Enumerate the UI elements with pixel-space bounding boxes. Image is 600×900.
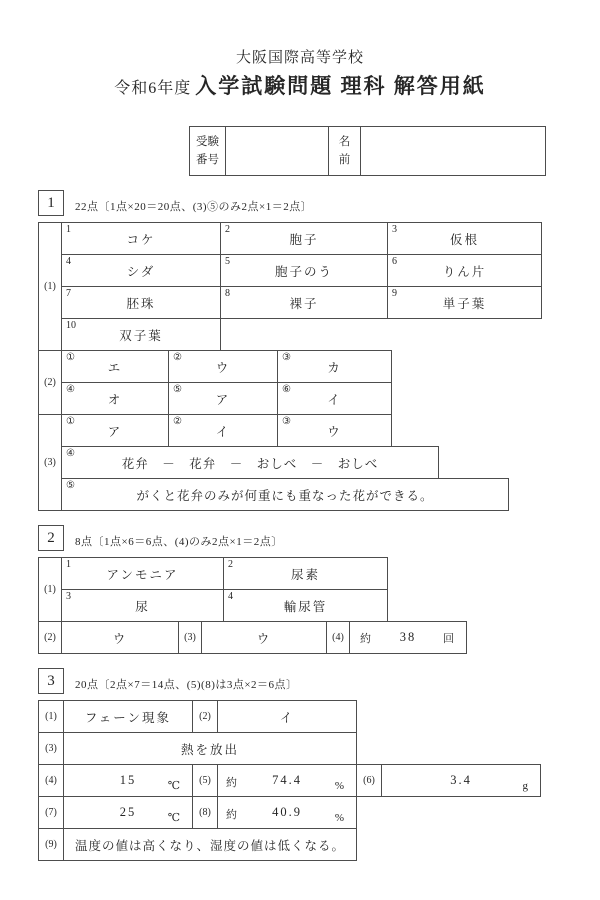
answer-number: ① (66, 416, 75, 428)
answer-cell: ③ウ (277, 414, 392, 447)
answer-text: 熱を放出 (181, 740, 239, 758)
answer-cell: ウ (201, 621, 327, 654)
section-1-header: 1 22点〔1点×20＝20点、(3)⑤のみ2点×1＝2点〕 (38, 190, 600, 216)
answer-prefix: 約 (360, 630, 371, 646)
answer-cell: ①ア (61, 414, 169, 447)
answer-cell: 7胚珠 (61, 286, 221, 319)
section-3-table: (1) フェーン現象 (2) イ (3) 熱を放出 (4) 15℃ (5) 約7… (39, 700, 600, 861)
answer-text: 15 (120, 773, 137, 788)
answer-text: 胚珠 (126, 294, 155, 312)
answer-cell: 温度の値は高くなり、湿度の値は低くなる。 (63, 828, 357, 861)
question-label: (9) (38, 828, 64, 861)
answer-cell: 約40.9% (217, 796, 357, 829)
question-label: (1) (38, 222, 62, 351)
answer-number: 7 (66, 288, 71, 300)
section-2-score-note: 8点〔1点×6＝6点、(4)のみ2点×1＝2点〕 (75, 533, 283, 549)
answer-text: 25 (120, 805, 137, 820)
answer-text: カ (327, 358, 342, 376)
answer-cell: 3尿 (61, 589, 224, 622)
answer-text: ウ (216, 358, 231, 376)
answer-number: 3 (392, 224, 397, 236)
question-group-1-2: (2) ①エ ②ウ ③カ ④オ ⑤ア ⑥イ (39, 350, 600, 415)
answer-number: ① (66, 352, 75, 364)
answer-number: 10 (66, 320, 76, 332)
answer-text: 単子葉 (443, 294, 487, 312)
question-label: (2) (38, 350, 62, 415)
answer-unit: 回 (443, 630, 454, 646)
answer-cell: 6りん片 (387, 254, 542, 287)
answer-text: イ (280, 708, 295, 726)
answer-text: オ (108, 390, 123, 408)
section-3-header: 3 20点〔2点×7＝14点、(5)(8)は3点×2＝6点〕 (38, 668, 600, 694)
answer-cell: 25℃ (63, 796, 193, 829)
answer-text: イ (216, 422, 231, 440)
answer-text: フェーン現象 (85, 708, 171, 726)
answer-text: 3.4 (450, 773, 472, 788)
exam-number-label-line2: 番号 (196, 154, 219, 167)
question-label: (6) (356, 764, 382, 797)
answer-number: 5 (225, 256, 230, 268)
answer-prefix: 約 (226, 774, 237, 790)
answer-text: 裸子 (289, 294, 318, 312)
answer-prefix: 約 (226, 806, 237, 822)
answer-text: 74.4 (272, 773, 302, 788)
answer-cell: ③カ (277, 350, 392, 383)
answer-unit: % (335, 812, 344, 824)
question-label: (7) (38, 796, 64, 829)
answer-cell: 9単子葉 (387, 286, 542, 319)
question-label: (1) (38, 557, 62, 622)
name-label-line1: 名 (339, 136, 351, 149)
answer-cell: ⑥イ (277, 382, 392, 415)
question-label: (1) (38, 700, 64, 733)
question-label: (2) (192, 700, 218, 733)
answer-text: エ (108, 358, 123, 376)
answer-unit: g (523, 780, 529, 792)
answer-text: がくと花弁のみが何重にも重なった花ができる。 (136, 486, 433, 504)
answer-unit: ℃ (168, 811, 180, 824)
section-1-score-note: 22点〔1点×20＝20点、(3)⑤のみ2点×1＝2点〕 (75, 198, 312, 214)
answer-number: ⑤ (66, 480, 75, 492)
answer-number: 8 (225, 288, 230, 300)
answer-cell: 3仮根 (387, 222, 542, 255)
exam-number-label-line1: 受験 (196, 136, 219, 149)
answer-sheet: 大阪国際高等学校 令和6年度 入学試験問題 理科 解答用紙 受験 番号 名 前 … (0, 0, 600, 900)
answer-number: ② (173, 352, 182, 364)
answer-text: 温度の値は高くなり、湿度の値は低くなる。 (75, 836, 345, 854)
answer-text: 花弁 － 花弁 － おしべ － おしべ (122, 454, 379, 472)
section-2-table: (1) 1アンモニア 2尿素 3尿 4輸尿管 (2) ウ (3) ウ (4) 約… (39, 557, 600, 654)
answer-cell: 2胞子 (220, 222, 388, 255)
question-label: (3) (178, 621, 202, 654)
answer-text: 38 (400, 630, 417, 645)
answer-number: 2 (225, 224, 230, 236)
answer-cell: ⑤がくと花弁のみが何重にも重なった花ができる。 (61, 478, 509, 511)
answer-number: 4 (66, 256, 71, 268)
question-group-1-3: (3) ①ア ②イ ③ウ ④花弁 － 花弁 － おしべ － おしべ ⑤がくと花弁… (39, 414, 600, 511)
question-label: (3) (38, 732, 64, 765)
answer-text: 仮根 (450, 230, 479, 248)
answer-text: ア (108, 422, 123, 440)
section-2-number: 2 (38, 525, 64, 551)
answer-cell: ②イ (168, 414, 278, 447)
answer-unit: % (335, 780, 344, 792)
page-title-era: 令和6年度 (114, 80, 191, 97)
answer-cell: イ (217, 700, 357, 733)
answer-text: 40.9 (272, 805, 302, 820)
name-label: 名 前 (328, 126, 361, 176)
section-1-number: 1 (38, 190, 64, 216)
answer-number: ⑤ (173, 384, 182, 396)
answer-cell: ②ウ (168, 350, 278, 383)
section-2-header: 2 8点〔1点×6＝6点、(4)のみ2点×1＝2点〕 (38, 525, 600, 551)
answer-number: ② (173, 416, 182, 428)
answer-cell: 熱を放出 (63, 732, 357, 765)
answer-text: 尿素 (291, 565, 320, 583)
name-field[interactable] (360, 126, 546, 176)
answer-text: ウ (327, 422, 342, 440)
answer-cell: 1アンモニア (61, 557, 224, 590)
answer-cell: 2尿素 (223, 557, 388, 590)
answer-cell: 1コケ (61, 222, 221, 255)
question-label: (8) (192, 796, 218, 829)
answer-text: アンモニア (106, 565, 178, 583)
question-label: (3) (38, 414, 62, 511)
answer-text: 胞子のう (275, 262, 333, 280)
answer-text: 尿 (135, 597, 150, 615)
answer-number: 1 (66, 224, 71, 236)
answer-text: ア (216, 390, 231, 408)
answer-cell: 約74.4% (217, 764, 357, 797)
answer-number: 6 (392, 256, 397, 268)
answer-cell: ④花弁 － 花弁 － おしべ － おしべ (61, 446, 439, 479)
answer-text: イ (327, 390, 342, 408)
question-label: (5) (192, 764, 218, 797)
answer-text: 胞子 (289, 230, 318, 248)
answer-cell: ④オ (61, 382, 169, 415)
answer-number: ④ (66, 384, 75, 396)
section-3-number: 3 (38, 668, 64, 694)
answer-number: ⑥ (282, 384, 291, 396)
section-3-score-note: 20点〔2点×7＝14点、(5)(8)は3点×2＝6点〕 (75, 676, 298, 692)
answer-text: コケ (126, 230, 155, 248)
answer-text: 輸尿管 (284, 597, 328, 615)
school-name: 大阪国際高等学校 (0, 46, 600, 67)
question-label: (4) (326, 621, 350, 654)
answer-number: ③ (282, 416, 291, 428)
answer-number: ③ (282, 352, 291, 364)
question-group-1-1: (1) 1コケ 2胞子 3仮根 4シダ 5胞子のう 6りん片 7胚珠 8裸子 9… (39, 222, 600, 351)
answer-cell: ①エ (61, 350, 169, 383)
question-label: (4) (38, 764, 64, 797)
answer-text: ウ (113, 629, 128, 647)
answer-cell: 15℃ (63, 764, 193, 797)
answer-cell: 8裸子 (220, 286, 388, 319)
answer-cell: 10双子葉 (61, 318, 221, 351)
answer-number: 3 (66, 591, 71, 603)
answer-text: 双子葉 (119, 326, 163, 344)
answer-cell: ⑤ア (168, 382, 278, 415)
answer-unit: ℃ (168, 779, 180, 792)
answer-number: ④ (66, 448, 75, 460)
question-label: (2) (38, 621, 62, 654)
section-2-bottom-row: (2) ウ (3) ウ (4) 約38回 (39, 621, 600, 654)
answer-cell: 約38回 (349, 621, 467, 654)
page-title-main: 入学試験問題 理科 解答用紙 (195, 74, 486, 98)
answer-text: りん片 (443, 262, 487, 280)
answer-cell: 3.4g (381, 764, 541, 797)
answer-number: 1 (66, 559, 71, 571)
section-1-table: (1) 1コケ 2胞子 3仮根 4シダ 5胞子のう 6りん片 7胚珠 8裸子 9… (39, 222, 600, 511)
answer-number: 4 (228, 591, 233, 603)
exam-number-label: 受験 番号 (189, 126, 226, 176)
answer-number: 2 (228, 559, 233, 571)
answer-cell: ウ (61, 621, 179, 654)
answer-cell: 4輸尿管 (223, 589, 388, 622)
answer-text: ウ (257, 629, 272, 647)
answer-cell: 5胞子のう (220, 254, 388, 287)
answer-number: 9 (392, 288, 397, 300)
answer-cell: 4シダ (61, 254, 221, 287)
answer-cell: フェーン現象 (63, 700, 193, 733)
name-label-line2: 前 (339, 154, 351, 167)
id-box: 受験 番号 名 前 (190, 126, 600, 176)
exam-number-field[interactable] (225, 126, 329, 176)
page-title: 令和6年度 入学試験問題 理科 解答用紙 (0, 70, 600, 100)
answer-text: シダ (127, 262, 156, 280)
question-group-2-1: (1) 1アンモニア 2尿素 3尿 4輸尿管 (39, 557, 600, 622)
